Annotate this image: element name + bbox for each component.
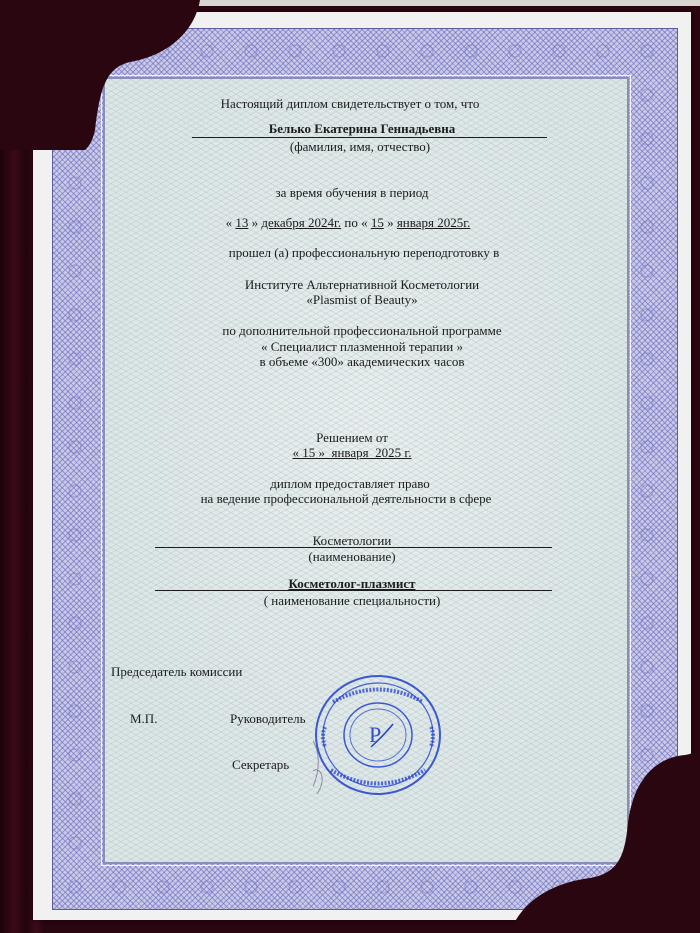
rights-line1: диплом предоставляет право bbox=[0, 476, 700, 491]
end-month-year: января 2025г. bbox=[397, 215, 471, 230]
full-name-caption: (фамилия, имя, отчество) bbox=[10, 139, 700, 154]
official-stamp: P bbox=[313, 672, 443, 798]
specialty-caption: ( наименование специальности) bbox=[2, 593, 700, 608]
field-caption: (наименование) bbox=[2, 549, 700, 564]
full-name: Белько Екатерина Геннадьевна bbox=[12, 121, 700, 136]
quote-open-2: « bbox=[361, 215, 368, 230]
decision-date: « 15 » января 2025 г. bbox=[2, 445, 700, 460]
period-label: за время обучения в период bbox=[2, 185, 700, 200]
institution-line1: Институте Альтернативной Косметологии bbox=[12, 277, 700, 292]
svg-text:P: P bbox=[369, 722, 381, 747]
chairman-label: Председатель комиссии bbox=[111, 664, 242, 680]
name-underline bbox=[192, 137, 547, 138]
field-name: Косметологии bbox=[2, 533, 700, 548]
program-hours: в объеме «300» академических часов bbox=[12, 354, 700, 369]
period-line: « 13 » декабря 2024г. по « 15 » января 2… bbox=[0, 215, 698, 230]
quote-close: » bbox=[252, 215, 259, 230]
quote-open: « bbox=[226, 215, 233, 230]
secretary-label: Секретарь bbox=[232, 757, 289, 773]
seal-label: М.П. bbox=[130, 711, 157, 727]
decision-label: Решением от bbox=[2, 430, 700, 445]
end-day: 15 bbox=[371, 215, 384, 230]
start-day: 13 bbox=[235, 215, 248, 230]
start-month-year: декабря 2024г. bbox=[261, 215, 341, 230]
to-word: по bbox=[344, 215, 357, 230]
completed-text: прошел (а) профессиональную переподготов… bbox=[14, 245, 700, 260]
intro-text: Настоящий диплом свидетельствует о том, … bbox=[0, 96, 700, 111]
program-name: « Специалист плазменной терапии » bbox=[12, 339, 700, 354]
rights-line2: на ведение профессиональной деятельности… bbox=[0, 491, 696, 506]
quote-close-2: » bbox=[387, 215, 394, 230]
institution-line2: «Plasmist of Beauty» bbox=[12, 292, 700, 307]
specialty-name: Косметолог-плазмист bbox=[2, 576, 700, 591]
director-label: Руководитель bbox=[230, 711, 306, 727]
program-intro: по дополнительной профессиональной прогр… bbox=[12, 323, 700, 338]
